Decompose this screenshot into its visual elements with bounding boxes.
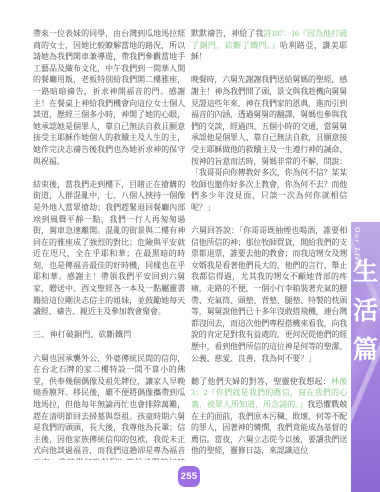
text-run: 三、神打破銅門、砍斷鐵閂 (33, 330, 131, 339)
text-run: 六舅回答說：「你哥哥既抽煙也喝酒，誰要相信他所信的神；那位牧師買貨，開給我們的支… (191, 226, 347, 363)
text-run: 帶來一位表妹的同學，由台灣到瓜地馬拉經商的女士，因她比較瞭解當地的路況，所以請她… (33, 29, 185, 166)
chapter-char-3: 篇 (353, 338, 378, 364)
book-page: 帶來一位表妹的同學，由台灣到瓜地馬拉經商的女士，因她比較瞭解當地的路況，所以請她… (0, 0, 380, 492)
text-column-left: 帶來一位表妹的同學，由台灣到瓜地馬拉經商的女士，因她比較瞭解當地的路況，所以請她… (33, 28, 185, 460)
text-run: 六舅也因承襲外公、外婆傳統民間的信仰，在台北石牌的家二樓特設一間不算小的佛堂，供… (33, 354, 185, 460)
page-number-badge: 255 (178, 466, 200, 487)
paragraph: 六舅回答說：「你哥哥既抽煙也喝酒，誰要相信他所信的神；那位牧師買貨，開給我們的支… (191, 225, 347, 364)
paragraph: 聽了他們夫婦的對答，聖靈使我想起：林後3：2『你們就是我們的薦信，寫在我們的心裏… (191, 376, 347, 457)
text-run: 結束後，當我們走到樓下，目睹正在搶購的街道，人群混亂中，七、八個人挾持一個像是外… (33, 180, 185, 317)
chapter-char-1: 生 (353, 260, 378, 286)
paragraph: 結束後，當我們走到樓下，目睹正在搶購的街道，人群混亂中，七、八個人挾持一個像是外… (33, 179, 185, 318)
paragraph: 晚餐時，六舅先謝謝我們送給舅媽的聖經，感謝主！神為我們開了頭，景文與我趁機向舅舅… (191, 74, 347, 213)
chapter-tab-chinese-label: 生 活 篇 (351, 260, 380, 364)
chapter-char-2: 活 (353, 299, 378, 325)
paragraph: 六舅也因承襲外公、外婆傳統民間的信仰，在台北石牌的家二樓特設一間不算小的佛堂，供… (33, 353, 185, 460)
chapter-tab: Our Lives 生 活 篇 (351, 222, 380, 492)
text-run: 晚餐時，六舅先謝謝我們送給舅媽的聖經，感謝主！神為我們開了頭，景文與我趁機向舅舅… (191, 75, 347, 212)
paragraph: 默默禱告，神給了我詩107：16『因為他打破了銅門，砍斷了鐵閂。』哈利路亞，讚美… (191, 28, 347, 63)
text-column-right: 默默禱告，神給了我詩107：16『因為他打破了銅門，砍斷了鐵閂。』哈利路亞，讚美… (191, 28, 347, 460)
text-run: 聽了他們夫婦的對答，聖靈使我想起： (191, 377, 331, 386)
text-run: 默默禱告，神給了我 (191, 29, 263, 38)
paragraph: 帶來一位表妹的同學，由台灣到瓜地馬拉經商的女士，因她比較瞭解當地的路況，所以請她… (33, 28, 185, 167)
section-heading: 三、神打破銅門、砍斷鐵閂 (33, 329, 185, 341)
